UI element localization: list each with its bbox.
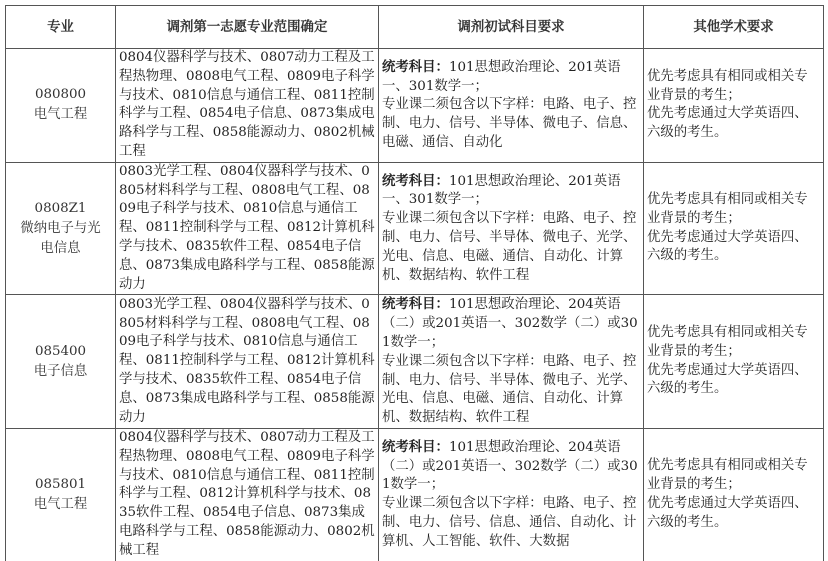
exam-cell: 统考科目：101思想政治理论、204英语（二）或201英语一、302数学（二）或… — [379, 428, 644, 561]
scope-cell: 0803光学工程、0804仪器科学与技术、0805材料科学与工程、0808电气工… — [116, 162, 379, 295]
other-req-2: 优先考虑通过大学英语四、六级的考生。 — [647, 106, 808, 140]
table-header-row: 专业 调剂第一志愿专业范围确定 调剂初试科目要求 其他学术要求 — [6, 6, 824, 49]
course-requirement: 专业课二须包含以下字样：电路、电子、控制、电力、信号、半导体、微电子、光学、光电… — [382, 354, 636, 425]
other-req-2: 优先考虑通过大学英语四、六级的考生。 — [647, 363, 808, 397]
header-major: 专业 — [6, 6, 116, 49]
other-cell: 优先考虑具有相同或相关专业背景的考生； 优先考虑通过大学英语四、六级的考生。 — [644, 295, 824, 429]
major-code: 0808Z1 — [9, 199, 112, 219]
other-req-1: 优先考虑具有相同或相关专业背景的考生； — [647, 325, 808, 359]
exam-label: 统考科目： — [382, 59, 449, 75]
header-exam-subjects: 调剂初试科目要求 — [379, 6, 644, 49]
other-cell: 优先考虑具有相同或相关专业背景的考生； 优先考虑通过大学英语四、六级的考生。 — [644, 49, 824, 163]
major-code: 085801 — [9, 475, 112, 495]
major-cell: 080800 电气工程 — [6, 49, 116, 163]
major-name: 电气工程 — [9, 105, 112, 125]
header-other-requirements: 其他学术要求 — [644, 6, 824, 49]
major-code: 085400 — [9, 342, 112, 362]
course-requirement: 专业课二须包含以下字样：电路、电子、控制、电力、信号、信息、通信、自动化、计算机… — [382, 496, 636, 549]
course-requirement: 专业课二须包含以下字样：电路、电子、控制、电力、信号、半导体、微电子、光学、光电… — [382, 211, 636, 282]
exam-label: 统考科目： — [382, 296, 449, 312]
major-cell: 085400 电子信息 — [6, 295, 116, 429]
exam-cell: 统考科目：101思想政治理论、204英语（二）或201英语一、302数学（二）或… — [379, 295, 644, 429]
exam-label: 统考科目： — [382, 439, 449, 455]
table-row: 085801 电气工程 0804仪器科学与技术、0807动力工程及工程热物理、0… — [6, 428, 824, 561]
exam-cell: 统考科目：101思想政治理论、201英语一、301数学一； 专业课二须包含以下字… — [379, 162, 644, 295]
scope-cell: 0803光学工程、0804仪器科学与技术、0805材料科学与工程、0808电气工… — [116, 295, 379, 429]
exam-cell: 统考科目：101思想政治理论、201英语一、301数学一； 专业课二须包含以下字… — [379, 49, 644, 163]
table-row: 080800 电气工程 0804仪器科学与技术、0807动力工程及工程热物理、0… — [6, 49, 824, 163]
other-cell: 优先考虑具有相同或相关专业背景的考生； 优先考虑通过大学英语四、六级的考生。 — [644, 428, 824, 561]
course-requirement: 专业课二须包含以下字样：电路、电子、控制、电力、信号、半导体、微电子、信息、电磁… — [382, 97, 636, 150]
major-name: 电子信息 — [9, 362, 112, 382]
other-req-1: 优先考虑具有相同或相关专业背景的考生； — [647, 192, 808, 226]
major-cell: 0808Z1 微纳电子与光电信息 — [6, 162, 116, 295]
major-name: 微纳电子与光电信息 — [9, 219, 112, 259]
major-name: 电气工程 — [9, 495, 112, 515]
header-scope: 调剂第一志愿专业范围确定 — [116, 6, 379, 49]
major-cell: 085801 电气工程 — [6, 428, 116, 561]
other-req-2: 优先考虑通过大学英语四、六级的考生。 — [647, 230, 808, 264]
major-code: 080800 — [9, 85, 112, 105]
other-req-1: 优先考虑具有相同或相关专业背景的考生； — [647, 458, 808, 492]
adjustment-requirements-table: 专业 调剂第一志愿专业范围确定 调剂初试科目要求 其他学术要求 080800 电… — [5, 5, 824, 561]
table-row: 0808Z1 微纳电子与光电信息 0803光学工程、0804仪器科学与技术、08… — [6, 162, 824, 295]
table-row: 085400 电子信息 0803光学工程、0804仪器科学与技术、0805材料科… — [6, 295, 824, 429]
other-cell: 优先考虑具有相同或相关专业背景的考生； 优先考虑通过大学英语四、六级的考生。 — [644, 162, 824, 295]
other-req-1: 优先考虑具有相同或相关专业背景的考生； — [647, 69, 808, 103]
exam-label: 统考科目： — [382, 173, 449, 189]
scope-cell: 0804仪器科学与技术、0807动力工程及工程热物理、0808电气工程、0809… — [116, 49, 379, 163]
scope-cell: 0804仪器科学与技术、0807动力工程及工程热物理、0808电气工程、0809… — [116, 428, 379, 561]
other-req-2: 优先考虑通过大学英语四、六级的考生。 — [647, 496, 808, 530]
